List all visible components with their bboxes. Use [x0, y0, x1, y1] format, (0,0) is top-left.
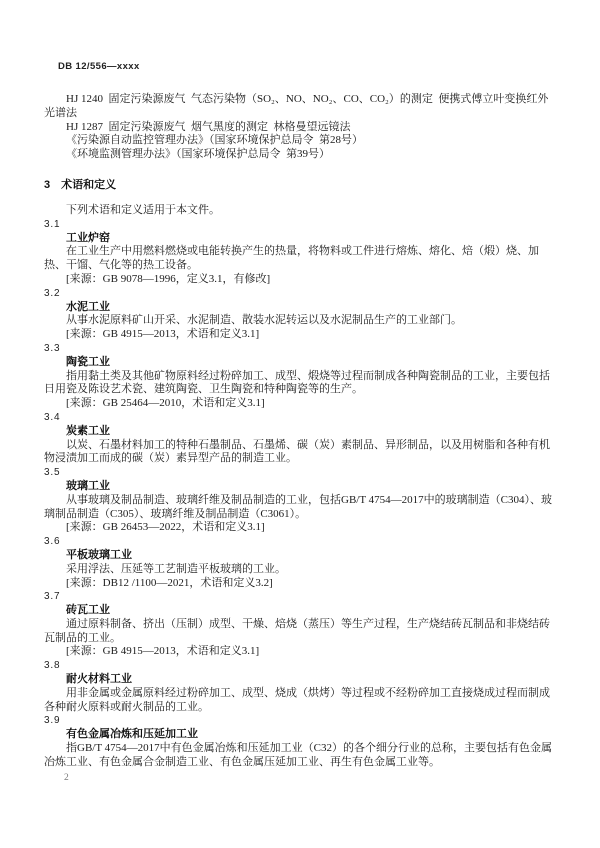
document-page: DB 12/556—xxxx HJ 1240 固定污染源废气 气态污染物（SO₂… — [0, 0, 600, 848]
term-title: 水泥工业 — [44, 301, 555, 315]
term-source: [来源：GB 26453—2022，术语和定义3.1] — [44, 521, 555, 535]
term-definition: 指用黏土类及其他矿物原料经过粉碎加工、成型、煅烧等过程而制成各种陶瓷制品的工业，… — [44, 370, 555, 398]
term-title: 工业炉窑 — [44, 232, 555, 246]
term-source: [来源：GB 4915—2013，术语和定义3.1] — [44, 645, 555, 659]
term-title: 玻璃工业 — [44, 480, 555, 494]
term-clause-number: 3.9 — [44, 714, 555, 728]
term-definition: 指GB/T 4754—2017中有色金属冶炼和压延加工业（C32）的各个细分行业… — [44, 742, 555, 770]
term-clause-number: 3.5 — [44, 466, 555, 480]
term-definition: 从事玻璃及制品制造、玻璃纤维及制品制造的工业，包括GB/T 4754—2017中… — [44, 494, 555, 522]
term-title: 陶瓷工业 — [44, 356, 555, 370]
document-code: DB 12/556—xxxx — [58, 61, 140, 72]
term-entry: 3.7 砖瓦工业 通过原料制备、挤出（压制）成型、干燥、焙烧（蒸压）等生产过程，… — [44, 590, 555, 659]
reference-item: 《环境监测管理办法》（国家环境保护总局令 第39号） — [44, 148, 555, 162]
section-number: 3 — [44, 179, 50, 191]
term-clause-number: 3.3 — [44, 342, 555, 356]
term-clause-number: 3.6 — [44, 535, 555, 549]
reference-item: HJ 1240 固定污染源废气 气态污染物（SO₂、NO、NO₂、CO、CO₂）… — [44, 93, 555, 121]
term-entry: 3.2 水泥工业 从事水泥原料矿山开采、水泥制造、散装水泥转运以及水泥制品生产的… — [44, 287, 555, 342]
term-clause-number: 3.2 — [44, 287, 555, 301]
term-definition: 在工业生产中用燃料燃烧或电能转换产生的热量，将物料或工件进行熔炼、熔化、焙（煅）… — [44, 245, 555, 273]
term-definition: 从事水泥原料矿山开采、水泥制造、散装水泥转运以及水泥制品生产的工业部门。 — [44, 314, 555, 328]
term-source: [来源：GB 25464—2010，术语和定义3.1] — [44, 397, 555, 411]
term-clause-number: 3.1 — [44, 218, 555, 232]
term-entry: 3.1 工业炉窑 在工业生产中用燃料燃烧或电能转换产生的热量，将物料或工件进行熔… — [44, 218, 555, 287]
reference-item: HJ 1287 固定污染源废气 烟气黑度的测定 林格曼望远镜法 — [44, 121, 555, 135]
term-clause-number: 3.4 — [44, 411, 555, 425]
term-source: [来源：DB12 /1100—2021，术语和定义3.2] — [44, 577, 555, 591]
section-intro: 下列术语和定义适用于本文件。 — [44, 204, 555, 218]
term-source: [来源：GB 4915—2013，术语和定义3.1] — [44, 328, 555, 342]
term-clause-number: 3.7 — [44, 590, 555, 604]
term-entry: 3.4 炭素工业 以炭、石墨材料加工的特种石墨制品、石墨烯、碳（炭）素制品、异形… — [44, 411, 555, 466]
term-title: 砖瓦工业 — [44, 604, 555, 618]
term-clause-number: 3.8 — [44, 659, 555, 673]
term-entry: 3.6 平板玻璃工业 采用浮法、压延等工艺制造平板玻璃的工业。 [来源：DB12… — [44, 535, 555, 590]
term-entry: 3.5 玻璃工业 从事玻璃及制品制造、玻璃纤维及制品制造的工业，包括GB/T 4… — [44, 466, 555, 535]
term-entry: 3.9 有色金属冶炼和压延加工业 指GB/T 4754—2017中有色金属冶炼和… — [44, 714, 555, 769]
term-definition: 以炭、石墨材料加工的特种石墨制品、石墨烯、碳（炭）素制品、异形制品，以及用树脂和… — [44, 439, 555, 467]
term-entry: 3.8 耐火材料工业 用非金属或金属原料经过粉碎加工、成型、烧成（烘烤）等过程或… — [44, 659, 555, 714]
page-number: 2 — [64, 773, 69, 783]
term-entry: 3.3 陶瓷工业 指用黏土类及其他矿物原料经过粉碎加工、成型、煅烧等过程而制成各… — [44, 342, 555, 411]
term-definition: 采用浮法、压延等工艺制造平板玻璃的工业。 — [44, 563, 555, 577]
term-title: 平板玻璃工业 — [44, 549, 555, 563]
term-title: 有色金属冶炼和压延加工业 — [44, 728, 555, 742]
term-title: 炭素工业 — [44, 425, 555, 439]
term-definition: 通过原料制备、挤出（压制）成型、干燥、焙烧（蒸压）等生产过程，生产烧结砖瓦制品和… — [44, 618, 555, 646]
term-definition: 用非金属或金属原料经过粉碎加工、成型、烧成（烘烤）等过程或不经粉碎加工直接烧成过… — [44, 687, 555, 715]
document-content: HJ 1240 固定污染源废气 气态污染物（SO₂、NO、NO₂、CO、CO₂）… — [44, 93, 555, 770]
section-heading: 3术语和定义 — [44, 178, 555, 192]
section-title: 术语和定义 — [61, 179, 116, 191]
reference-item: 《污染源自动监控管理办法》（国家环境保护总局令 第28号） — [44, 134, 555, 148]
term-source: [来源：GB 9078—1996，定义3.1，有修改] — [44, 273, 555, 287]
term-title: 耐火材料工业 — [44, 673, 555, 687]
terms-list: 3.1 工业炉窑 在工业生产中用燃料燃烧或电能转换产生的热量，将物料或工件进行熔… — [44, 218, 555, 770]
references-list: HJ 1240 固定污染源废气 气态污染物（SO₂、NO、NO₂、CO、CO₂）… — [44, 93, 555, 162]
